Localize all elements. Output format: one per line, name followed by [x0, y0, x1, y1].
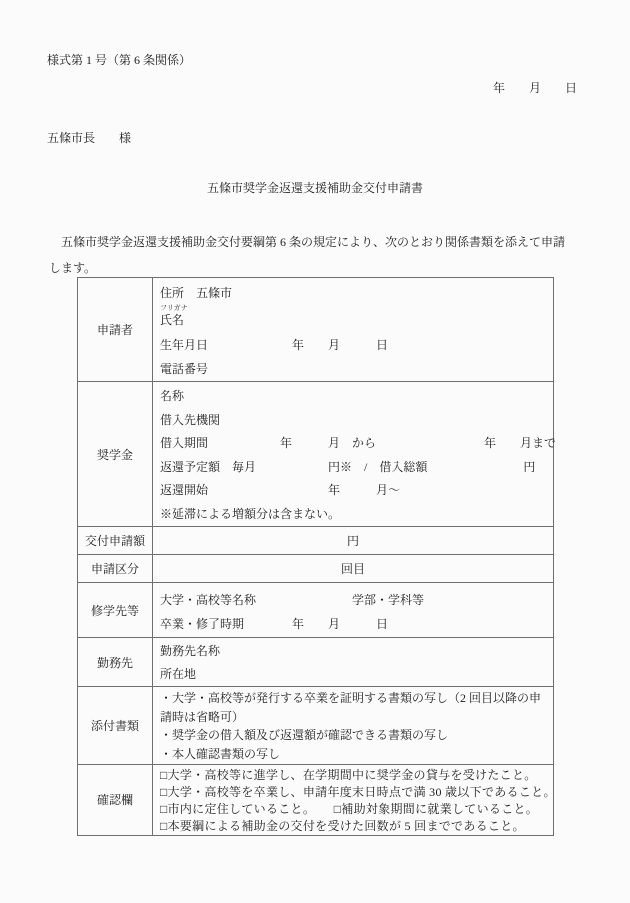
- confirmation-checkbox-line: □本要綱による補助金の交付を受けた回数が 5 回までであること。: [160, 818, 551, 835]
- workplace-name-field: 勤務先名称: [160, 640, 551, 663]
- confirmation-checkbox-line: □大学・高校等を卒業し、申請年度末日時点で満 30 歳以下であること。: [160, 784, 551, 801]
- applicant-address-field: 住所 五條市: [160, 282, 551, 304]
- document-page: 様式第 1 号（第 6 条関係） 年 月 日 五條市長 様 五條市奨学金返還支援…: [0, 0, 630, 903]
- applicant-phone-field: 電話番号: [160, 357, 551, 381]
- table-row-grant-amount: 交付申請額 円: [78, 527, 554, 555]
- attachments-row-label: 添付書類: [78, 687, 153, 765]
- confirmation-checkbox-line: □大学・高校等に進学し、在学期間中に奨学金の貸与を受けたこと。: [160, 767, 551, 784]
- applicant-name-field: 氏名: [160, 313, 551, 328]
- scholarship-repayment-field: 返還予定額 毎月 円※ / 借入総額 円: [160, 456, 551, 480]
- applicant-birthdate-field: 生年月日 年 月 日: [160, 333, 551, 357]
- workplace-location-field: 所在地: [160, 663, 551, 686]
- table-row-confirmation: 確認欄 □大学・高校等に進学し、在学期間中に奨学金の貸与を受けたこと。 □大学・…: [78, 764, 554, 835]
- confirmation-checkbox-line: □市内に定住していること。 □補助対象期間に就業していること。: [160, 801, 551, 818]
- applicant-furigana-label: フリガナ: [160, 304, 551, 313]
- application-category-row-label: 申請区分: [78, 555, 153, 583]
- workplace-row-label: 勤務先: [78, 638, 153, 687]
- addressee: 五條市長 様: [47, 129, 131, 146]
- form-number: 様式第 1 号（第 6 条関係）: [47, 51, 191, 68]
- attachment-item-line: ・大学・高校等が発行する卒業を証明する書類の写し（2 回目以降の申: [160, 689, 551, 708]
- scholarship-start-field: 返還開始 年 月〜: [160, 479, 551, 503]
- confirmation-row-label: 確認欄: [78, 764, 153, 835]
- scholarship-period-field: 借入期間 年 月 から 年 月まで: [160, 432, 551, 456]
- table-row-application-category: 申請区分 回目: [78, 555, 554, 583]
- date-line: 年 月 日: [493, 79, 577, 96]
- table-row-applicant: 申請者 住所 五條市 フリガナ 氏名 生年月日 年 月 日 電話番号: [78, 278, 554, 382]
- grant-amount-row-label: 交付申請額: [78, 527, 153, 555]
- application-category-value: 回目: [153, 555, 554, 583]
- table-row-attachments: 添付書類 ・大学・高校等が発行する卒業を証明する書類の写し（2 回目以降の申 請…: [78, 687, 554, 765]
- scholarship-row-label: 奨学金: [78, 382, 153, 527]
- table-row-scholarship: 奨学金 名称 借入先機関 借入期間 年 月 から 年 月まで 返還予定額 毎月 …: [78, 382, 554, 527]
- attachment-item-line: 請時は省略可）: [160, 708, 551, 727]
- table-row-workplace: 勤務先 勤務先名称 所在地: [78, 638, 554, 687]
- intro-line-1: 五條市奨学金返還支援補助金交付要綱第 6 条の規定により、次のとおり関係書類を添…: [49, 229, 583, 255]
- school-name-field: 大学・高校等名称 学部・学科等: [160, 588, 551, 612]
- school-row-label: 修学先等: [78, 583, 153, 638]
- scholarship-name-field: 名称: [160, 385, 551, 409]
- intro-paragraph: 五條市奨学金返還支援補助金交付要綱第 6 条の規定により、次のとおり関係書類を添…: [49, 229, 583, 281]
- grant-amount-value: 円: [153, 527, 554, 555]
- scholarship-note: ※延滞による増額分は含まない。: [160, 503, 551, 527]
- application-form-table: 申請者 住所 五條市 フリガナ 氏名 生年月日 年 月 日 電話番号 奨学金 名…: [77, 277, 554, 836]
- table-row-school: 修学先等 大学・高校等名称 学部・学科等 卒業・修了時期 年 月 日: [78, 583, 554, 638]
- scholarship-lender-field: 借入先機関: [160, 409, 551, 433]
- attachment-item-line: ・奨学金の借入額及び返還額が確認できる書類の写し: [160, 726, 551, 745]
- document-title: 五條市奨学金返還支援補助金交付申請書: [0, 179, 630, 196]
- applicant-row-label: 申請者: [78, 278, 153, 382]
- school-graduation-field: 卒業・修了時期 年 月 日: [160, 612, 551, 636]
- attachment-item-line: ・本人確認書類の写し: [160, 745, 551, 764]
